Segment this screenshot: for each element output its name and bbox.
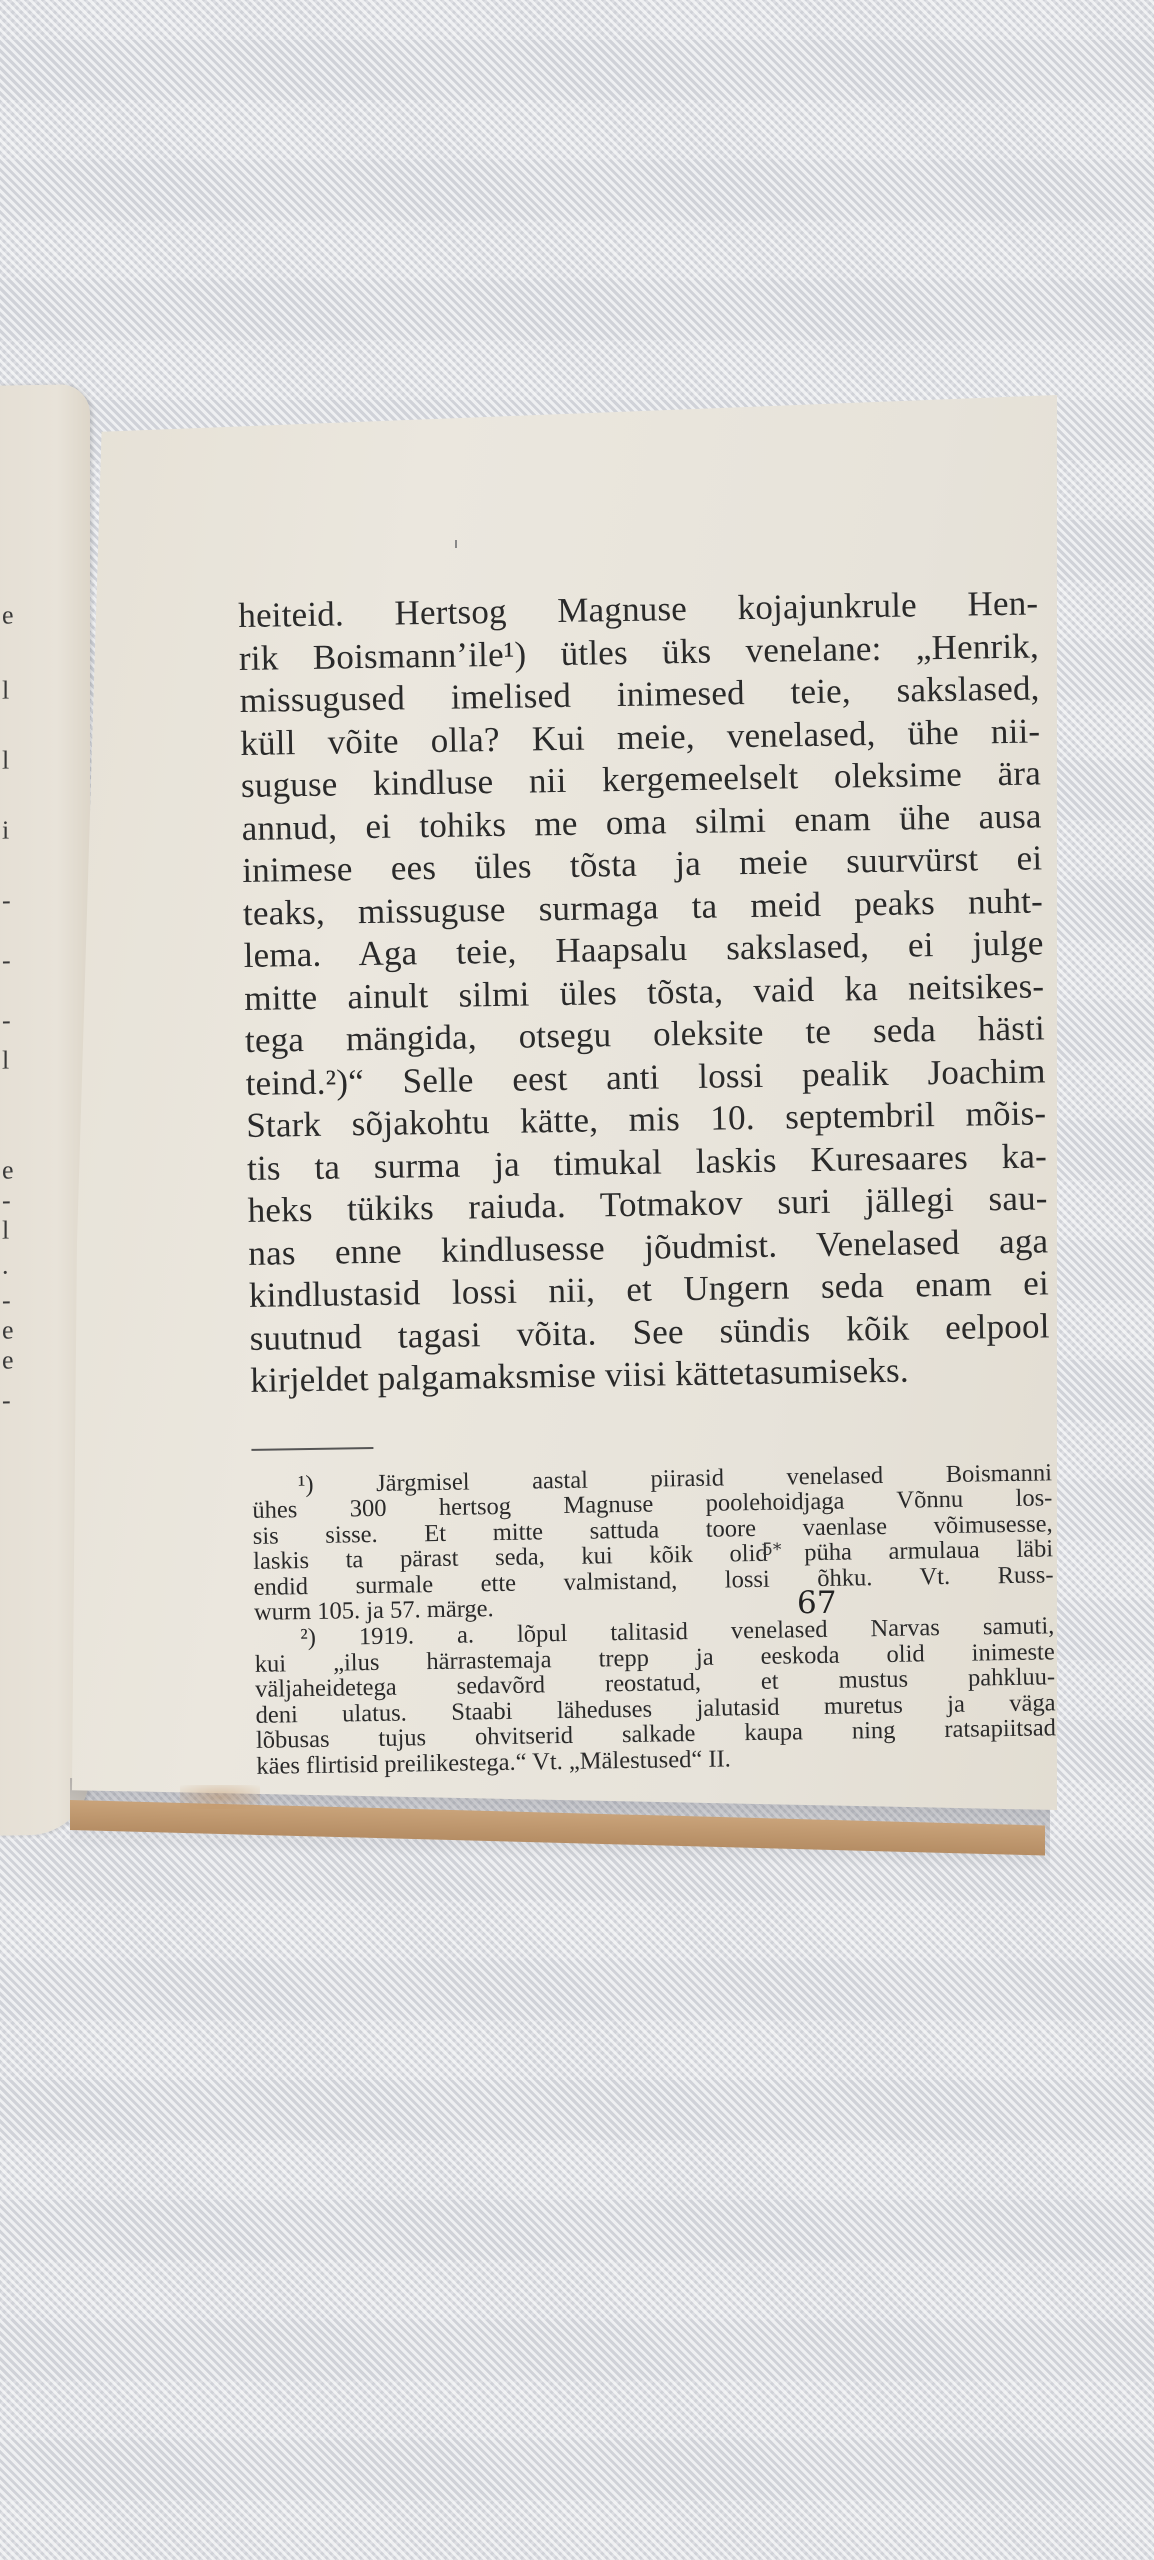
footnote-divider xyxy=(251,1446,373,1450)
printer-signature-mark: 5* xyxy=(762,1540,781,1560)
page-number: 67 xyxy=(797,1585,836,1621)
paper-speck xyxy=(455,540,457,548)
left-page-fragment: - xyxy=(2,1005,11,1035)
left-page-fragment: e xyxy=(2,1345,14,1375)
left-page-fragment: - xyxy=(2,1185,11,1215)
footnote-1: ¹) Järgmisel aastal piirasid venelased B… xyxy=(252,1460,1054,1626)
foxing-stain xyxy=(180,1785,260,1809)
left-page-fragment: e xyxy=(2,1315,14,1345)
left-page-fragment: - xyxy=(2,1285,11,1315)
left-page-fragment: - xyxy=(2,1385,11,1415)
left-page-fragment: e xyxy=(2,1155,14,1185)
footnotes: ¹) Järgmisel aastal piirasid venelased B… xyxy=(252,1460,1057,1780)
left-page-fragment: - xyxy=(2,885,11,915)
left-page-fragment: - xyxy=(2,945,11,975)
left-page-fragment: i xyxy=(2,815,9,845)
page-text: heiteid. Hertsog Magnuse kojajunkrule He… xyxy=(238,582,1057,1779)
left-page-fragment: e xyxy=(2,600,14,630)
body-text: heiteid. Hertsog Magnuse kojajunkrule He… xyxy=(238,582,1051,1402)
left-page-fragment: l xyxy=(2,675,9,705)
left-page-fragment: l xyxy=(2,1215,9,1245)
left-page-fragment: l xyxy=(2,745,9,775)
left-page-fragment: l xyxy=(2,1045,9,1075)
footnote-2: ²) 1919. a. lõpul talitasid venelased Na… xyxy=(254,1613,1056,1779)
left-page-fragment: . xyxy=(2,1250,9,1280)
